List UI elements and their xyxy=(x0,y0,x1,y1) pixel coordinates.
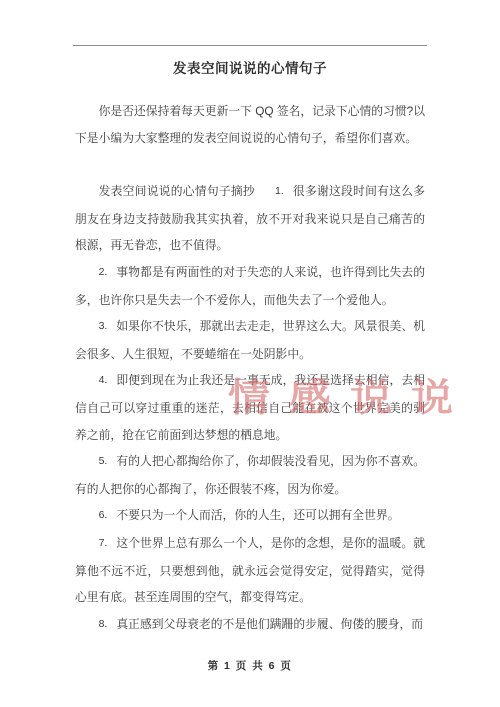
list-item-number: 2. xyxy=(99,266,117,278)
document-title: 发表空间说说的心情句子 xyxy=(0,60,500,77)
list-item-number: 1. xyxy=(275,185,293,197)
list-item-2: 2.事物都是有两面性的对于失恋的人来说，也许得到比失去的多，也许你只是失去一个不… xyxy=(75,259,425,313)
list-item-number: 7. xyxy=(99,537,117,549)
list-item-number: 3. xyxy=(99,320,117,332)
list-item-7: 7.这个世界上总有那么一个人，是你的念想，是你的温暖。就算他不远不近，只要想到他… xyxy=(75,530,425,611)
intro-paragraph: 你是否还保持着每天更新一下 QQ 签名，记录下心情的习惯?以下是小编为大家整理的… xyxy=(75,98,425,151)
list-item-number: 6. xyxy=(99,509,117,521)
intro-text: 你是否还保持着每天更新一下 QQ 签名，记录下心情的习惯?以下是小编为大家整理的… xyxy=(75,104,425,145)
document-page: 发表空间说说的心情句子 你是否还保持着每天更新一下 QQ 签名，记录下心情的习惯… xyxy=(0,0,500,707)
list-item-number: 4. xyxy=(99,374,117,386)
list-item-text: 真正感到父母衰老的不是他们蹒跚的步履、佝偻的腰身，而 xyxy=(116,617,423,631)
header-divider xyxy=(73,45,427,46)
list-item-text: 事物都是有两面性的对于失恋的人来说，也许得到比失去的多，也许你只是失去一个不爱你… xyxy=(75,265,425,307)
list-item-number: 5. xyxy=(99,455,117,467)
page-number-footer: 第 1 页 共 6 页 xyxy=(0,659,500,673)
list-item-text: 如果你不快乐，那就出去走走，世界这么大。风景很美、机会很多、人生很短，不要蜷缩在… xyxy=(75,319,425,361)
list-item-1: 发表空间说说的心情句子摘抄1.很多谢这段时间有这么多朋友在身边支持鼓励我其实执着… xyxy=(75,178,425,259)
list-item-text: 即便到现在为止我还是一事无成，我还是选择去相信，去相信自己可以穿过重重的迷茫，去… xyxy=(75,373,425,441)
list-item-text: 这个世界上总有那么一个人，是你的念想，是你的温暖。就算他不远不近，只要想到他，就… xyxy=(75,536,425,604)
list-item-5: 5.有的人把心都掏给你了，你却假装没看见，因为你不喜欢。有的人把你的心都掏了，你… xyxy=(75,448,425,502)
list-section-heading: 发表空间说说的心情句子摘抄 xyxy=(99,184,275,198)
list-item-4: 4.即便到现在为止我还是一事无成，我还是选择去相信，去相信自己可以穿过重重的迷茫… xyxy=(75,367,425,448)
list-item-3: 3.如果你不快乐，那就出去走走，世界这么大。风景很美、机会很多、人生很短，不要蜷… xyxy=(75,313,425,367)
list-item-text: 不要只为一个人而活，你的人生，还可以拥有全世界。 xyxy=(116,508,399,522)
list-item-number: 8. xyxy=(99,618,117,630)
list-item-6: 6.不要只为一个人而活，你的人生，还可以拥有全世界。 xyxy=(75,502,425,530)
list-item-text: 有的人把心都掏给你了，你却假装没看见，因为你不喜欢。有的人把你的心都掏了，你还假… xyxy=(75,454,425,496)
list-item-8: 8.真正感到父母衰老的不是他们蹒跚的步履、佝偻的腰身，而 xyxy=(75,611,425,639)
document-body: 你是否还保持着每天更新一下 QQ 签名，记录下心情的习惯?以下是小编为大家整理的… xyxy=(75,98,425,638)
